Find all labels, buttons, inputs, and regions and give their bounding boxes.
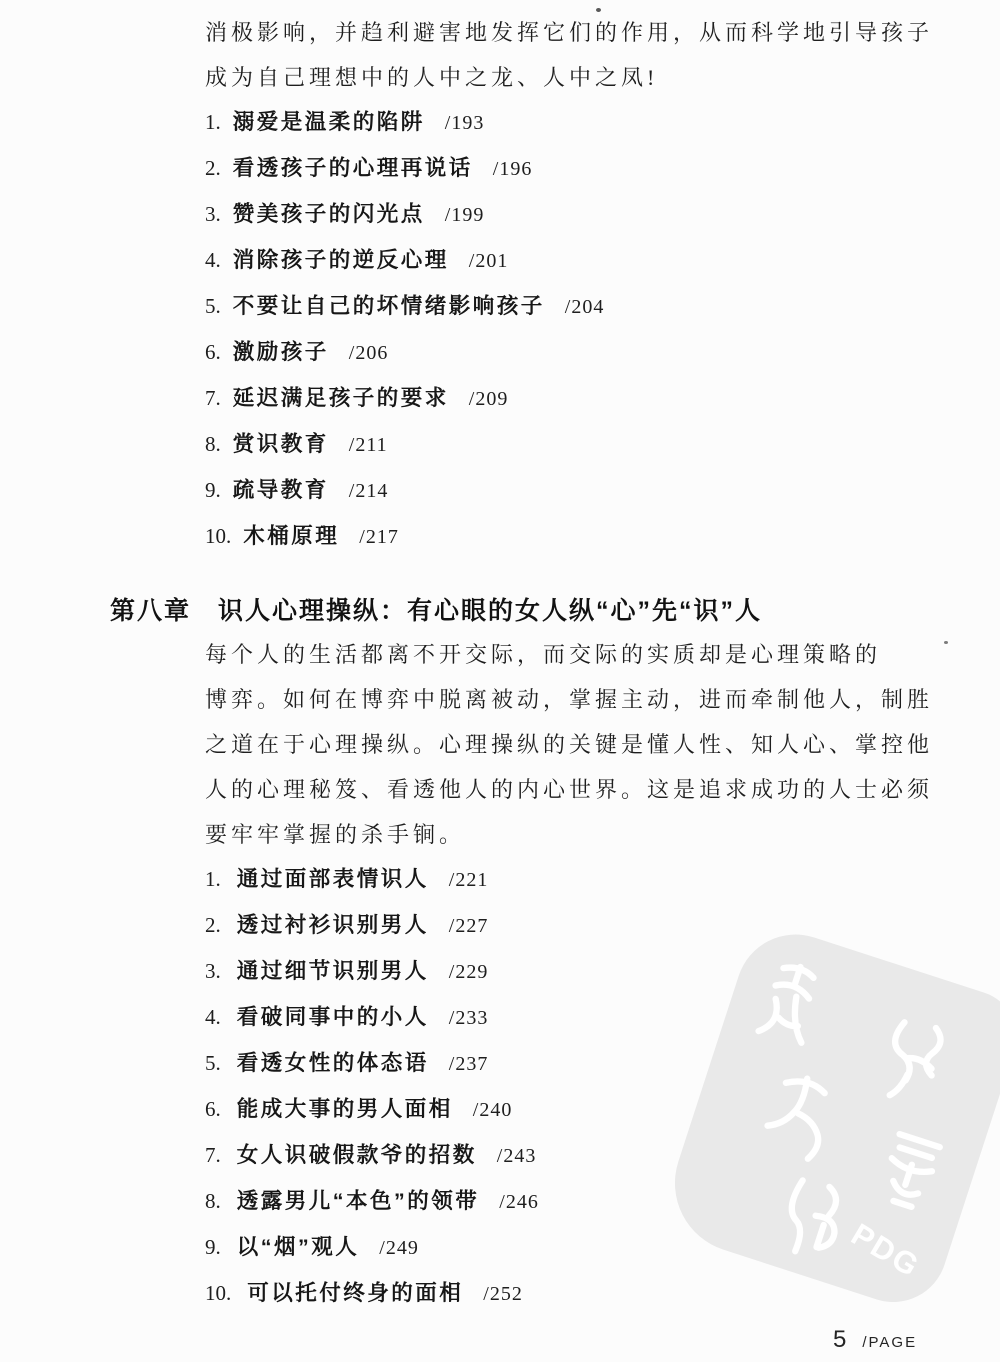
page-footer: 5 /PAGE: [833, 1326, 917, 1354]
toc-item-page: /217: [359, 515, 399, 560]
chapter7-toc-list: 1. 溺爱是温柔的陷阱 /193 2. 看透孩子的心理再说话 /196 3. 赞…: [205, 100, 960, 560]
chapter-heading: 第八章 识人心理操纵：有心眼的女人纵“心”先“识”人: [110, 591, 970, 627]
toc-item-number: 7.: [205, 376, 221, 421]
paragraph-line: 博弈。如何在博弈中脱离被动，掌握主动，进而牵制他人，制胜: [205, 677, 960, 722]
toc-item-title: 以“烟”观人: [237, 1225, 360, 1270]
toc-item: 7. 女人识破假款爷的招数 /243: [205, 1133, 960, 1179]
chapter8-toc-list: 1. 通过面部表情识人 /221 2. 透过衬衫识别男人 /227 3. 通过细…: [205, 857, 960, 1317]
toc-item-number: 4.: [205, 995, 221, 1040]
toc-item-number: 7.: [205, 1133, 221, 1178]
toc-item-page: /227: [449, 904, 489, 949]
paragraph-line: 要牢牢掌握的杀手锏。: [205, 812, 960, 857]
toc-item: 8. 赏识教育 /211: [205, 422, 960, 468]
toc-item-number: 4.: [205, 238, 221, 283]
toc-item: 2. 看透孩子的心理再说话 /196: [205, 146, 960, 192]
toc-item-number: 9.: [205, 1225, 221, 1270]
paragraph-line: 每个人的生活都离不开交际，而交际的实质却是心理策略的: [205, 632, 960, 677]
toc-item-title: 能成大事的男人面相: [237, 1087, 453, 1132]
toc-item-number: 1.: [205, 857, 221, 902]
toc-item-page: /196: [493, 147, 533, 192]
toc-item-title: 看破同事中的小人: [237, 995, 429, 1040]
intro-paragraph: 消极影响，并趋利避害地发挥它们的作用，从而科学地引导孩子 成为自己理想中的人中之…: [205, 10, 960, 100]
page-label: /PAGE: [862, 1334, 917, 1351]
toc-item-number: 6.: [205, 330, 221, 375]
toc-item-page: /204: [565, 285, 605, 330]
toc-item-number: 10.: [205, 514, 231, 559]
toc-item-number: 10.: [205, 1271, 231, 1316]
toc-item-title: 透露男儿“本色”的领带: [237, 1179, 480, 1224]
toc-item: 6. 激励孩子 /206: [205, 330, 960, 376]
toc-item-number: 3.: [205, 949, 221, 994]
toc-item-title: 溺爱是温柔的陷阱: [233, 100, 425, 145]
toc-item-number: 2.: [205, 903, 221, 948]
toc-item: 1. 溺爱是温柔的陷阱 /193: [205, 100, 960, 146]
toc-item-title: 不要让自己的坏情绪影响孩子: [233, 284, 545, 329]
toc-item: 3. 通过细节识别男人 /229: [205, 949, 960, 995]
toc-item: 9. 疏导教育 /214: [205, 468, 960, 514]
toc-item-page: /206: [349, 331, 389, 376]
toc-item-number: 2.: [205, 146, 221, 191]
toc-item: 5. 不要让自己的坏情绪影响孩子 /204: [205, 284, 960, 330]
toc-item-page: /240: [473, 1088, 513, 1133]
toc-item-number: 5.: [205, 1041, 221, 1086]
toc-item-page: /243: [497, 1134, 537, 1179]
toc-item-title: 看透孩子的心理再说话: [233, 146, 473, 191]
toc-item: 9. 以“烟”观人 /249: [205, 1225, 960, 1271]
paragraph-line: 消极影响，并趋利避害地发挥它们的作用，从而科学地引导孩子: [205, 10, 960, 55]
toc-item-number: 8.: [205, 422, 221, 467]
toc-item-title: 通过面部表情识人: [237, 857, 429, 902]
toc-item-title: 通过细节识别男人: [237, 949, 429, 994]
toc-item-page: /199: [445, 193, 485, 238]
toc-item: 4. 看破同事中的小人 /233: [205, 995, 960, 1041]
toc-item-title: 可以托付终身的面相: [247, 1271, 463, 1316]
toc-item-number: 5.: [205, 284, 221, 329]
toc-item-number: 9.: [205, 468, 221, 513]
toc-item-page: /229: [449, 950, 489, 995]
toc-item-page: /252: [483, 1272, 523, 1317]
toc-item-page: /249: [379, 1226, 419, 1271]
toc-item-title: 激励孩子: [233, 330, 329, 375]
toc-item: 2. 透过衬衫识别男人 /227: [205, 903, 960, 949]
toc-item-title: 赏识教育: [233, 422, 329, 467]
toc-item-title: 女人识破假款爷的招数: [237, 1133, 477, 1178]
toc-item-page: /233: [449, 996, 489, 1041]
toc-item: 8. 透露男儿“本色”的领带 /246: [205, 1179, 960, 1225]
toc-item: 10. 木桶原理 /217: [205, 514, 960, 560]
toc-item-title: 疏导教育: [233, 468, 329, 513]
toc-item-page: /221: [449, 858, 489, 903]
toc-item-title: 赞美孩子的闪光点: [233, 192, 425, 237]
toc-item-page: /214: [349, 469, 389, 514]
toc-item-page: /246: [499, 1180, 539, 1225]
toc-item-title: 木桶原理: [243, 514, 339, 559]
toc-item-title: 延迟满足孩子的要求: [233, 376, 449, 421]
toc-item-page: /237: [449, 1042, 489, 1087]
toc-item-page: /193: [445, 101, 485, 146]
paragraph-line: 成为自己理想中的人中之龙、人中之凤!: [205, 55, 960, 100]
toc-item: 7. 延迟满足孩子的要求 /209: [205, 376, 960, 422]
toc-item-number: 3.: [205, 192, 221, 237]
toc-item: 4. 消除孩子的逆反心理 /201: [205, 238, 960, 284]
toc-item-title: 消除孩子的逆反心理: [233, 238, 449, 283]
page-number: 5: [833, 1326, 846, 1354]
toc-item: 6. 能成大事的男人面相 /240: [205, 1087, 960, 1133]
toc-item-number: 1.: [205, 100, 221, 145]
toc-item-number: 6.: [205, 1087, 221, 1132]
toc-item-page: /201: [469, 239, 509, 284]
toc-item: 3. 赞美孩子的闪光点 /199: [205, 192, 960, 238]
toc-item-title: 透过衬衫识别男人: [237, 903, 429, 948]
paragraph-line: 人的心理秘笈、看透他人的内心世界。这是追求成功的人士必须: [205, 767, 960, 812]
paragraph-line: 之道在于心理操纵。心理操纵的关键是懂人性、知人心、掌控他: [205, 722, 960, 767]
toc-item-page: /209: [469, 377, 509, 422]
toc-item: 1. 通过面部表情识人 /221: [205, 857, 960, 903]
toc-item-page: /211: [349, 423, 388, 468]
chapter8-paragraph: 每个人的生活都离不开交际，而交际的实质却是心理策略的 博弈。如何在博弈中脱离被动…: [205, 632, 960, 857]
toc-item-number: 8.: [205, 1179, 221, 1224]
toc-item: 5. 看透女性的体态语 /237: [205, 1041, 960, 1087]
toc-item-title: 看透女性的体态语: [237, 1041, 429, 1086]
toc-item: 10. 可以托付终身的面相 /252: [205, 1271, 960, 1317]
